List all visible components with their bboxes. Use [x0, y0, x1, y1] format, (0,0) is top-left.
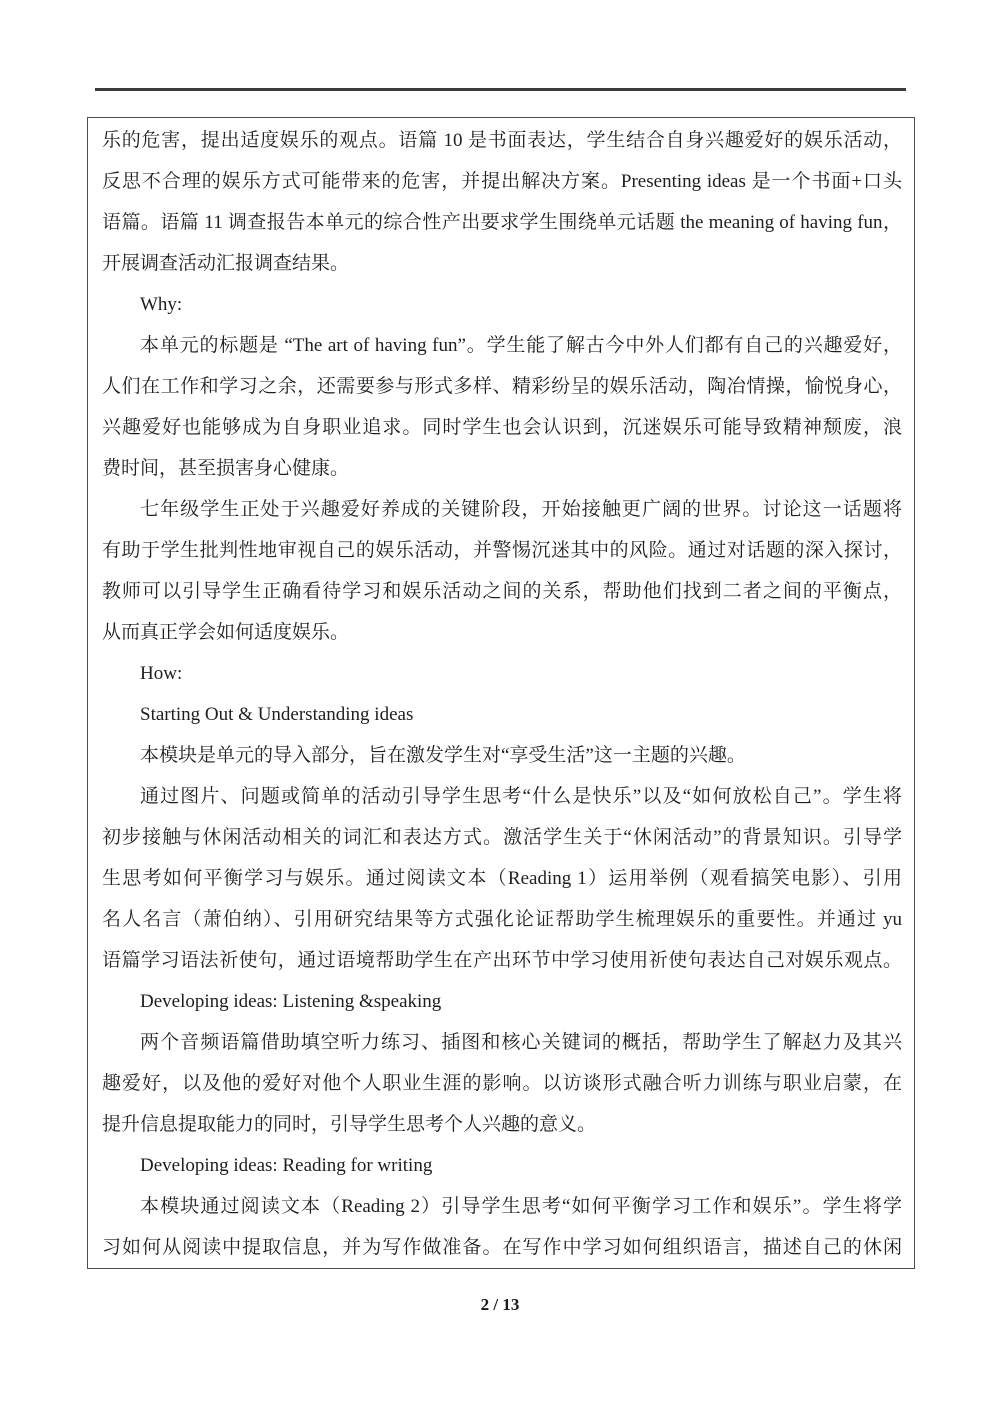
text-line: Developing ideas: Reading for writing	[102, 1145, 902, 1186]
text-line: Developing ideas: Listening &speaking	[102, 981, 902, 1022]
text-line: 兴趣爱好也能够成为自身职业追求。同时学生也会认识到，沉迷娱乐可能导致精神颓废，浪	[102, 407, 902, 448]
text-line: 七年级学生正处于兴趣爱好养成的关键阶段，开始接触更广阔的世界。讨论这一话题将	[102, 489, 902, 530]
text-line: Starting Out & Understanding ideas	[102, 694, 902, 735]
text-line: 提升信息提取能力的同时，引导学生思考个人兴趣的意义。	[102, 1104, 902, 1145]
text-line: 乐的危害，提出适度娱乐的观点。语篇 10 是书面表达，学生结合自身兴趣爱好的娱乐…	[102, 120, 902, 161]
text-line: 通过图片、问题或简单的活动引导学生思考“什么是快乐”以及“如何放松自己”。学生将	[102, 776, 902, 817]
text-line: 初步接触与休闲活动相关的词汇和表达方式。激活学生关于“休闲活动”的背景知识。引导…	[102, 817, 902, 858]
page-number: 2 / 13	[0, 1293, 1000, 1317]
text-line: 从而真正学会如何适度娱乐。	[102, 612, 902, 653]
text-line: 费时间，甚至损害身心健康。	[102, 448, 902, 489]
document-page: 乐的危害，提出适度娱乐的观点。语篇 10 是书面表达，学生结合自身兴趣爱好的娱乐…	[0, 0, 1000, 1414]
text-line: 本模块通过阅读文本（Reading 2）引导学生思考“如何平衡学习工作和娱乐”。…	[102, 1186, 902, 1227]
text-line: 本模块是单元的导入部分，旨在激发学生对“享受生活”这一主题的兴趣。	[102, 735, 902, 776]
text-line: 有助于学生批判性地审视自己的娱乐活动，并警惕沉迷其中的风险。通过对话题的深入探讨…	[102, 530, 902, 571]
header-rule	[95, 88, 906, 91]
text-line: 两个音频语篇借助填空听力练习、插图和核心关键词的概括，帮助学生了解赵力及其兴	[102, 1022, 902, 1063]
text-line: 习如何从阅读中提取信息，并为写作做准备。在写作中学习如何组织语言，描述自己的休闲	[102, 1227, 902, 1268]
text-line: 趣爱好，以及他的爱好对他个人职业生涯的影响。以访谈形式融合听力训练与职业启蒙，在	[102, 1063, 902, 1104]
text-line: Why:	[102, 284, 902, 325]
text-line: 本单元的标题是 “The art of having fun”。学生能了解古今中…	[102, 325, 902, 366]
text-line: 语篇。语篇 11 调查报告本单元的综合性产出要求学生围绕单元话题 the mea…	[102, 202, 902, 243]
text-line: 名人名言（萧伯纳）、引用研究结果等方式强化论证帮助学生梳理娱乐的重要性。并通过 …	[102, 899, 902, 940]
text-line: 开展调查活动汇报调查结果。	[102, 243, 902, 284]
text-line: 教师可以引导学生正确看待学习和娱乐活动之间的关系，帮助他们找到二者之间的平衡点，	[102, 571, 902, 612]
text-line: 反思不合理的娱乐方式可能带来的危害，并提出解决方案。Presenting ide…	[102, 161, 902, 202]
text-line: How:	[102, 653, 902, 694]
text-line: 生思考如何平衡学习与娱乐。通过阅读文本（Reading 1）运用举例（观看搞笑电…	[102, 858, 902, 899]
text-line: 语篇学习语法祈使句，通过语境帮助学生在产出环节中学习使用祈使句表达自己对娱乐观点…	[102, 940, 902, 981]
content-table-cell: 乐的危害，提出适度娱乐的观点。语篇 10 是书面表达，学生结合自身兴趣爱好的娱乐…	[87, 117, 915, 1269]
text-line: 人们在工作和学习之余，还需要参与形式多样、精彩纷呈的娱乐活动，陶冶情操，愉悦身心…	[102, 366, 902, 407]
